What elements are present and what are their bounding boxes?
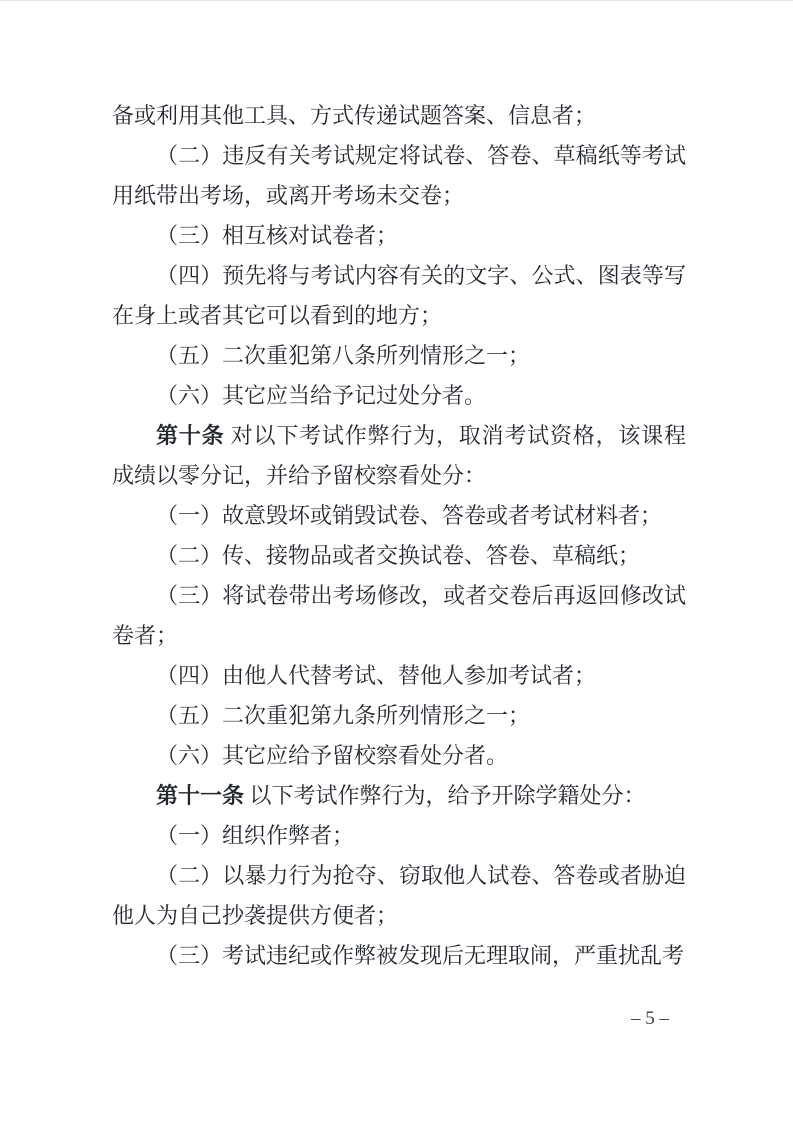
clause-paragraph: （二）以暴力行为抢夺、窃取他人试卷、答卷或者胁迫他人为自己抄袭提供方便者；: [112, 856, 686, 936]
paragraph-text: （五）二次重犯第九条所列情形之一；: [156, 703, 530, 728]
clause-paragraph: （一）组织作弊者；: [112, 816, 686, 856]
clause-paragraph: （六）其它应当给予记过处分者。: [112, 376, 686, 416]
page-top-edge: [0, 0, 793, 1]
article-10-paragraph: 第十条 对以下考试作弊行为，取消考试资格，该课程成绩以零分记，并给予留校察看处分…: [112, 416, 686, 496]
paragraph-text: （三）考试违纪或作弊被发现后无理取闹，严重扰乱考: [156, 943, 684, 968]
clause-paragraph: （四）预先将与考试内容有关的文字、公式、图表等写在身上或者其它可以看到的地方；: [112, 256, 686, 336]
paragraph-text: （二）以暴力行为抢夺、窃取他人试卷、答卷或者胁迫他人为自己抄袭提供方便者；: [112, 863, 686, 928]
clause-paragraph: （五）二次重犯第八条所列情形之一；: [112, 336, 686, 376]
paragraph-text: （三）相互核对试卷者；: [156, 223, 398, 248]
page-number: – 5 –: [600, 1006, 700, 1032]
clause-paragraph: （二）传、接物品或者交换试卷、答卷、草稿纸；: [112, 536, 686, 576]
clause-paragraph: （一）故意毁坏或销毁试卷、答卷或者考试材料者；: [112, 496, 686, 536]
paragraph-text: （一）故意毁坏或销毁试卷、答卷或者考试材料者；: [156, 503, 662, 528]
paragraph-text: （五）二次重犯第八条所列情形之一；: [156, 343, 530, 368]
paragraph-text: 备或利用其他工具、方式传递试题答案、信息者；: [112, 103, 596, 128]
article-number: 第十一条: [156, 783, 244, 808]
paragraph-text: （六）其它应当给予记过处分者。: [156, 383, 486, 408]
clause-paragraph: （三）考试违纪或作弊被发现后无理取闹，严重扰乱考: [112, 936, 686, 976]
continuation-line: 备或利用其他工具、方式传递试题答案、信息者；: [112, 96, 686, 136]
clause-paragraph: （四）由他人代替考试、替他人参加考试者；: [112, 656, 686, 696]
article-number: 第十条: [156, 423, 224, 448]
paragraph-text: （四）由他人代替考试、替他人参加考试者；: [156, 663, 596, 688]
paragraph-text: （四）预先将与考试内容有关的文字、公式、图表等写在身上或者其它可以看到的地方；: [112, 263, 686, 328]
clause-paragraph: （五）二次重犯第九条所列情形之一；: [112, 696, 686, 736]
paragraph-text: （三）将试卷带出考场修改，或者交卷后再返回修改试卷者；: [112, 583, 686, 648]
clause-paragraph: （三）相互核对试卷者；: [112, 216, 686, 256]
document-body: 备或利用其他工具、方式传递试题答案、信息者； （二）违反有关考试规定将试卷、答卷…: [112, 96, 686, 976]
paragraph-text: （二）传、接物品或者交换试卷、答卷、草稿纸；: [156, 543, 640, 568]
clause-paragraph: （六）其它应给予留校察看处分者。: [112, 736, 686, 776]
article-11-paragraph: 第十一条 以下考试作弊行为，给予开除学籍处分：: [112, 776, 686, 816]
paragraph-text: （六）其它应给予留校察看处分者。: [156, 743, 508, 768]
paragraph-text: 以下考试作弊行为，给予开除学籍处分：: [244, 783, 646, 808]
clause-paragraph: （三）将试卷带出考场修改，或者交卷后再返回修改试卷者；: [112, 576, 686, 656]
paragraph-text: （一）组织作弊者；: [156, 823, 354, 848]
clause-paragraph: （二）违反有关考试规定将试卷、答卷、草稿纸等考试用纸带出考场，或离开考场未交卷；: [112, 136, 686, 216]
document-page: 备或利用其他工具、方式传递试题答案、信息者； （二）违反有关考试规定将试卷、答卷…: [0, 0, 793, 1122]
paragraph-text: （二）违反有关考试规定将试卷、答卷、草稿纸等考试用纸带出考场，或离开考场未交卷；: [112, 143, 686, 208]
